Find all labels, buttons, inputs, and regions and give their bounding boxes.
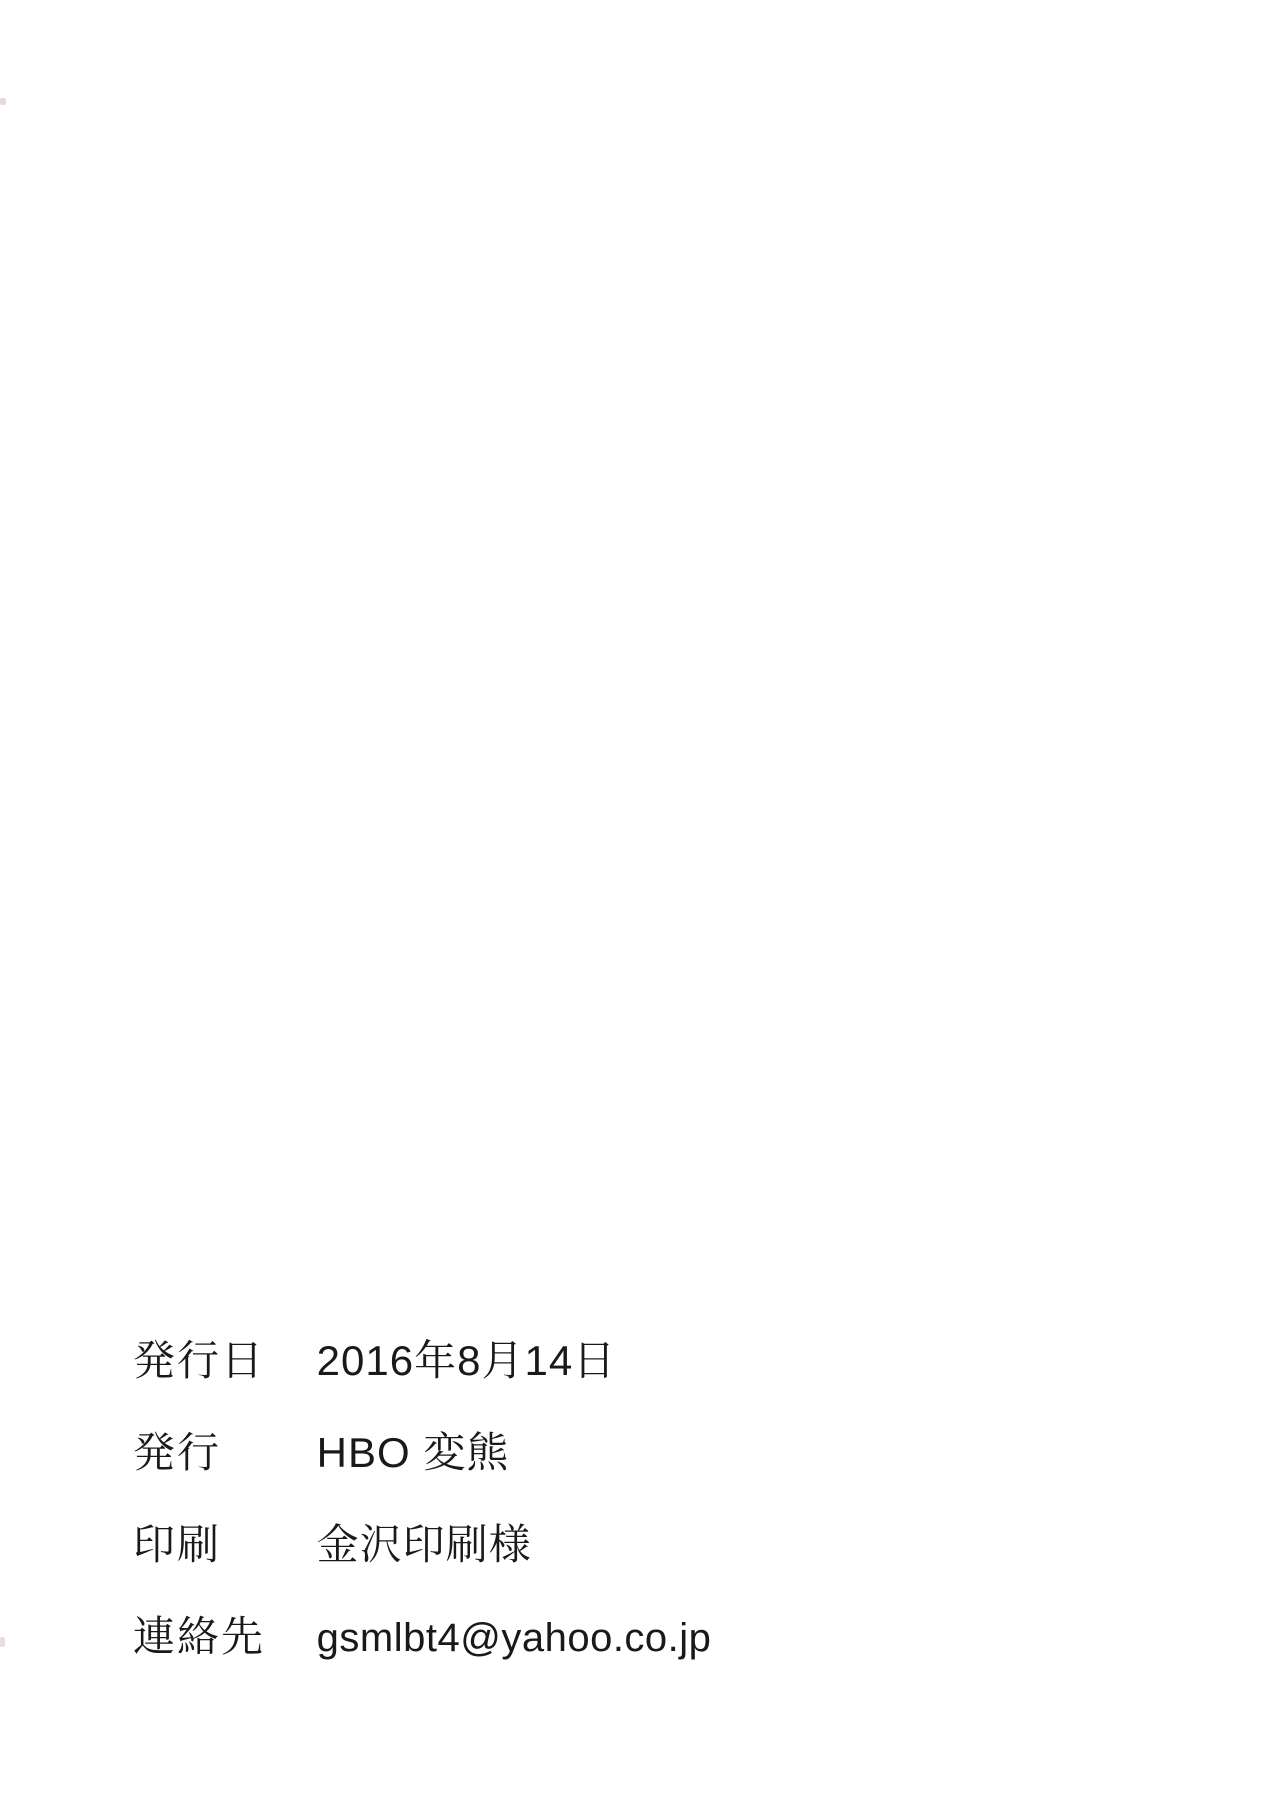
printer-label: 印刷 — [133, 1499, 305, 1591]
colophon-row-publisher: 発行 HBO 変熊 — [133, 1407, 711, 1499]
publisher-value: HBO 変熊 — [317, 1429, 510, 1476]
colophon-row-publication-date: 発行日 2016年8月14日 — [133, 1315, 711, 1407]
colophon-block: 発行日 2016年8月14日 発行 HBO 変熊 印刷 金沢印刷様 連絡先 gs… — [133, 1315, 711, 1684]
publication-date-value: 2016年8月14日 — [317, 1337, 617, 1384]
contact-email: gsmlbt4@yahoo.co.jp — [317, 1616, 712, 1660]
printer-value: 金沢印刷様 — [317, 1521, 532, 1568]
colophon-row-printer: 印刷 金沢印刷様 — [133, 1499, 711, 1591]
scan-artifact-speck — [0, 1637, 5, 1647]
contact-label: 連絡先 — [133, 1591, 305, 1683]
publication-date-label: 発行日 — [133, 1315, 305, 1407]
scan-artifact-speck — [0, 98, 6, 105]
scanned-page: 発行日 2016年8月14日 発行 HBO 変熊 印刷 金沢印刷様 連絡先 gs… — [0, 0, 1280, 1811]
colophon-row-contact: 連絡先 gsmlbt4@yahoo.co.jp — [133, 1591, 711, 1684]
publisher-label: 発行 — [133, 1407, 305, 1499]
